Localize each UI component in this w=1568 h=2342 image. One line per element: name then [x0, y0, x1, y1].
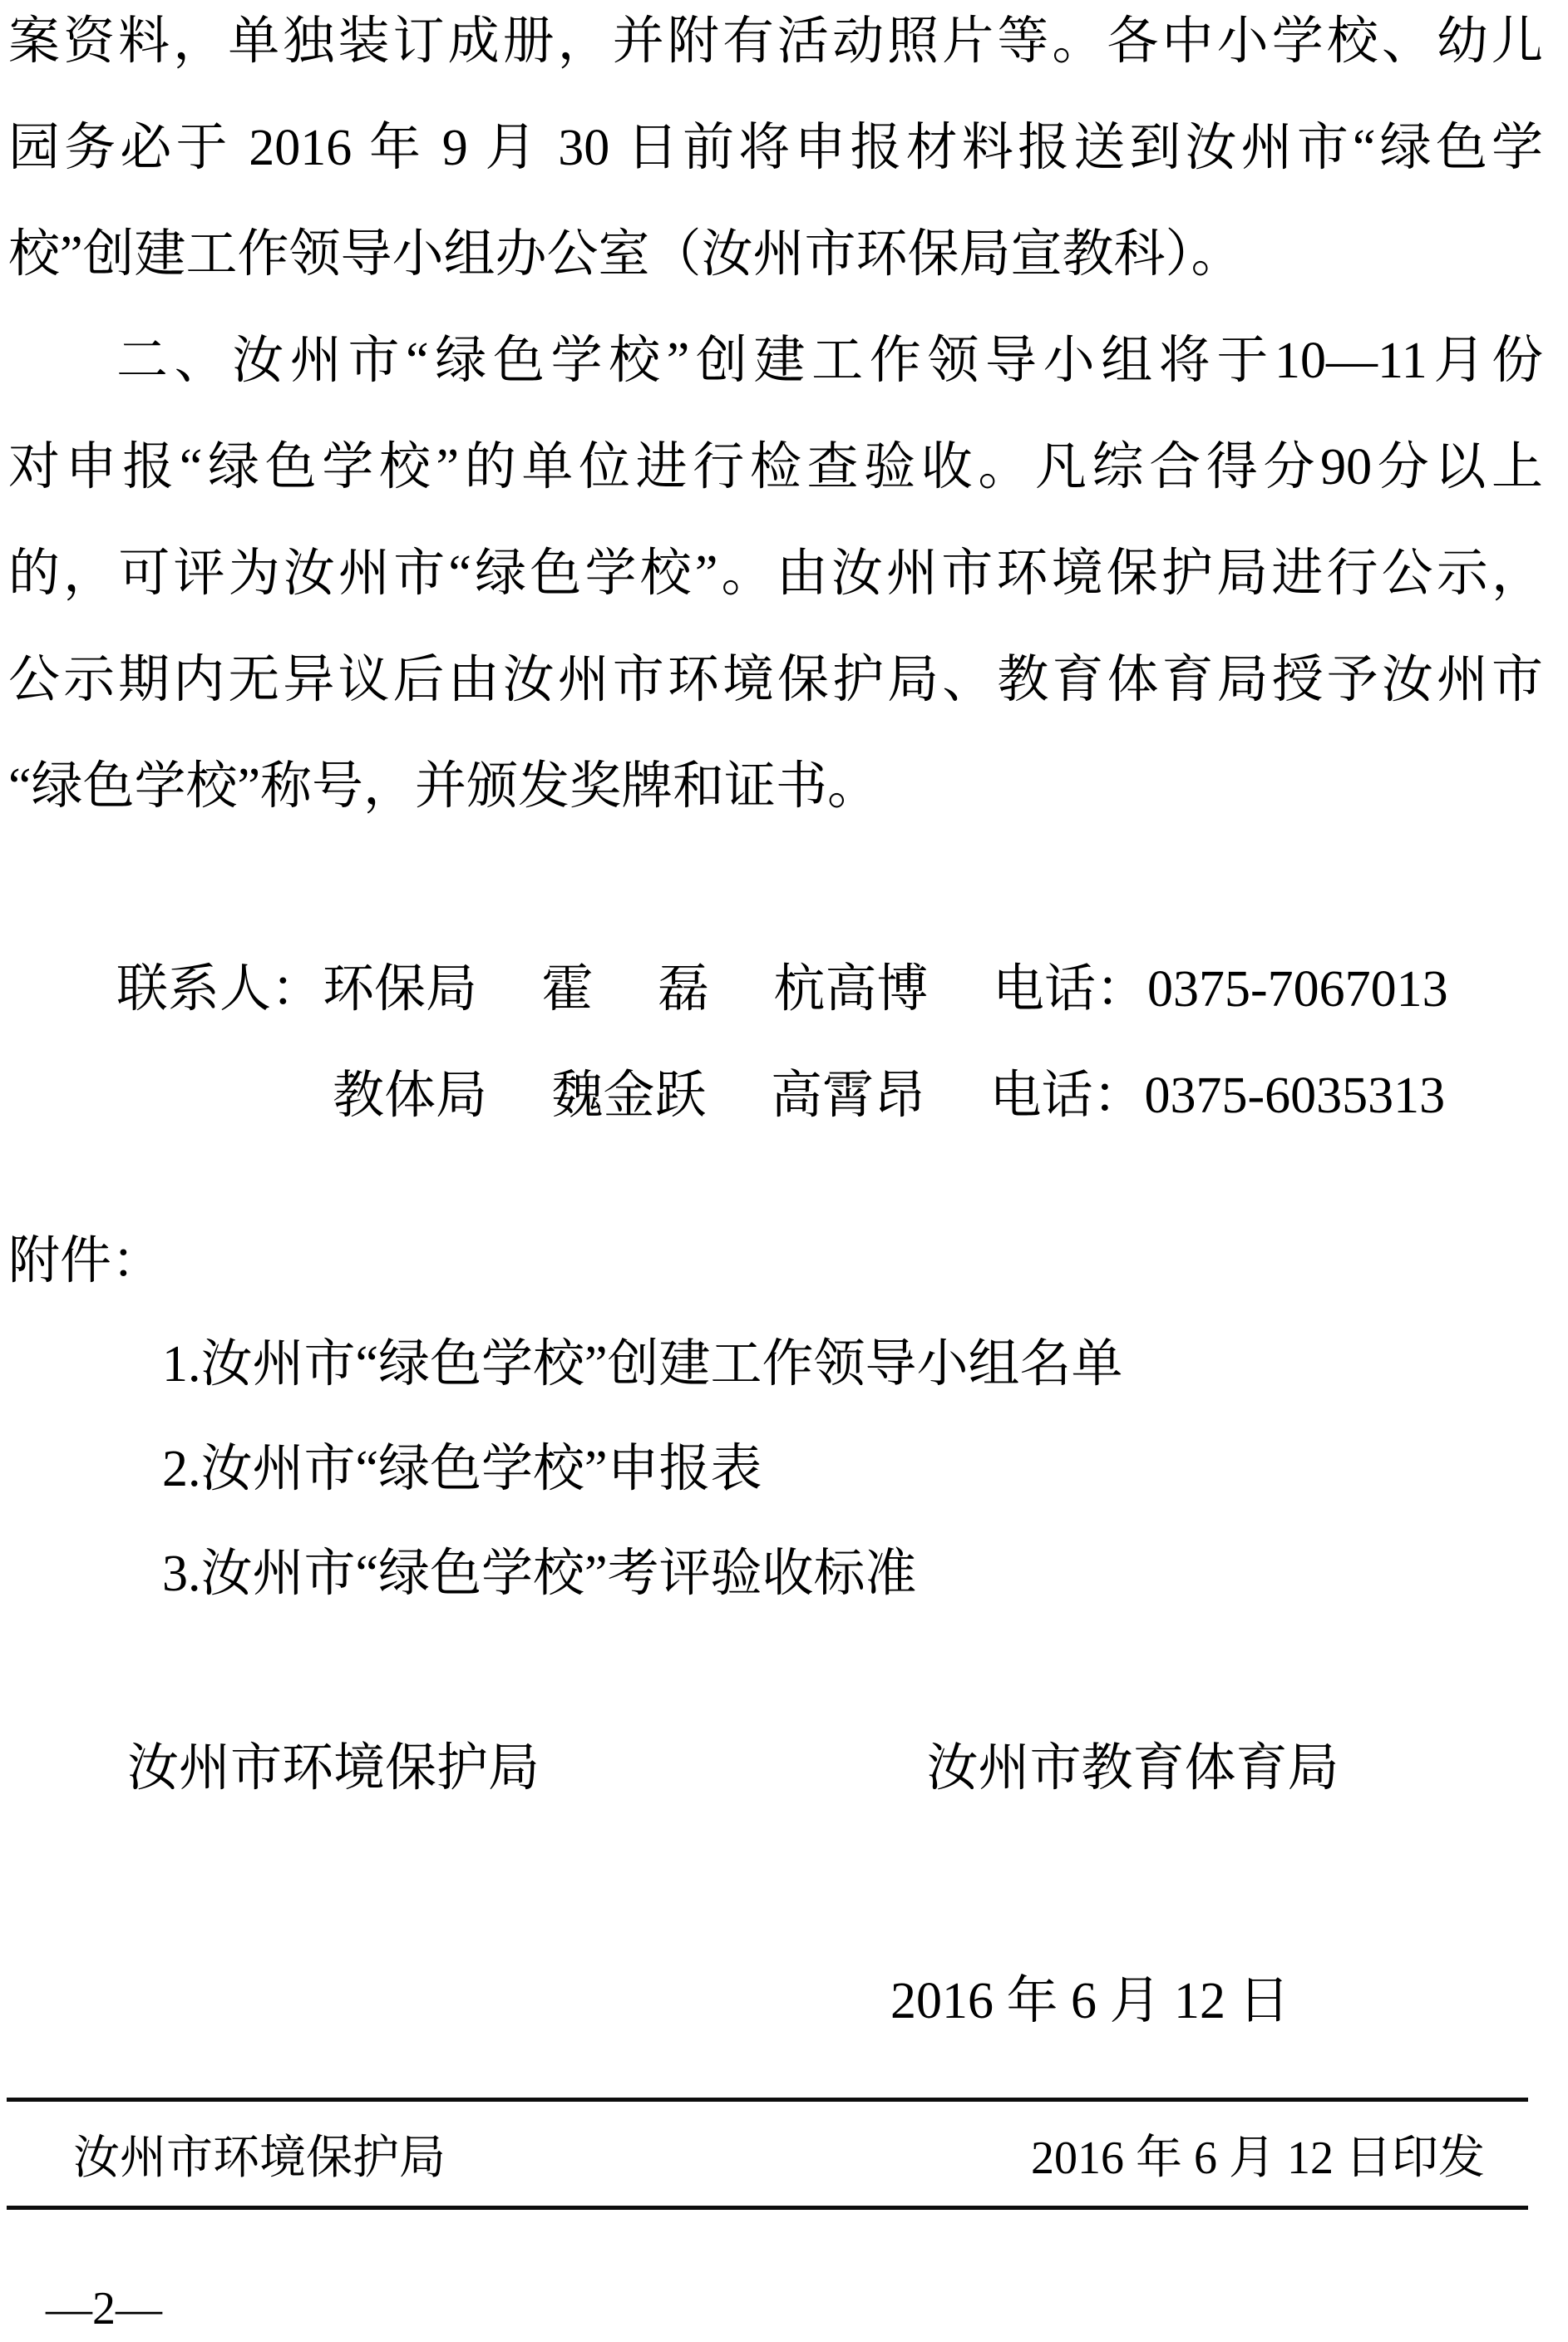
- contact-block: 联系人：环保局 霍 磊 杭高博 电话：0375-7067013 教体局 魏金跃 …: [8, 936, 1543, 1149]
- contact-line-edu: 教体局 魏金跃 高霄昂 电话：0375-6035313: [8, 1043, 1543, 1149]
- body-line: 校”创建工作领导小组办公室（汝州市环保局宣教科）。: [8, 201, 1543, 308]
- document-date: 2016 年 6 月 12 日: [890, 1948, 1290, 2054]
- attachment-item: 1.汝州市“绿色学校”创建工作领导小组名单: [162, 1312, 1123, 1417]
- imprint-issuer: 汝州市环境保护局: [73, 2121, 446, 2187]
- attachments-label: 附件：: [8, 1208, 163, 1314]
- body-line: 的，可评为汝州市“绿色学校”。由汝州市环境保护局进行公示，: [8, 520, 1543, 627]
- signature-left: 汝州市环境保护局: [127, 1740, 540, 1797]
- imprint-divider-bottom: [7, 2206, 1528, 2210]
- body-text: 案资料，单独装订成册，并附有活动照片等。各中小学校、幼儿 园务必于 2016 年…: [8, 0, 1543, 840]
- page-number: —2—: [46, 2280, 162, 2338]
- attachments-list: 1.汝州市“绿色学校”创建工作领导小组名单 2.汝州市“绿色学校”申报表 3.汝…: [162, 1312, 1123, 1626]
- body-line: 二、汝州市“绿色学校”创建工作领导小组将于10—11月份: [8, 308, 1543, 414]
- contact-line-epb: 联系人：环保局 霍 磊 杭高博 电话：0375-7067013: [8, 936, 1543, 1043]
- document-page: 案资料，单独装订成册，并附有活动照片等。各中小学校、幼儿 园务必于 2016 年…: [0, 0, 1568, 2342]
- body-line: 公示期内无异议后由汝州市环境保护局、教育体育局授予汝州市: [8, 627, 1543, 733]
- body-line: 园务必于 2016 年 9 月 30 日前将申报材料报送到汝州市“绿色学: [8, 95, 1543, 201]
- imprint-row: 汝州市环境保护局 2016 年 6 月 12 日印发: [0, 2102, 1568, 2206]
- body-line: 案资料，单独装订成册，并附有活动照片等。各中小学校、幼儿: [8, 0, 1543, 95]
- body-line: 对申报“绿色学校”的单位进行检查验收。凡综合得分90分以上: [8, 414, 1543, 520]
- attachment-item: 3.汝州市“绿色学校”考评验收标准: [162, 1521, 1123, 1626]
- imprint-print-date: 2016 年 6 月 12 日印发: [1031, 2121, 1485, 2187]
- attachment-item: 2.汝州市“绿色学校”申报表: [162, 1417, 1123, 1521]
- body-line: “绿色学校”称号，并颁发奖牌和证书。: [8, 733, 1543, 840]
- signature-row: 汝州市环境保护局 汝州市教育体育局: [8, 1715, 1543, 1822]
- signature-right: 汝州市教育体育局: [927, 1740, 1339, 1797]
